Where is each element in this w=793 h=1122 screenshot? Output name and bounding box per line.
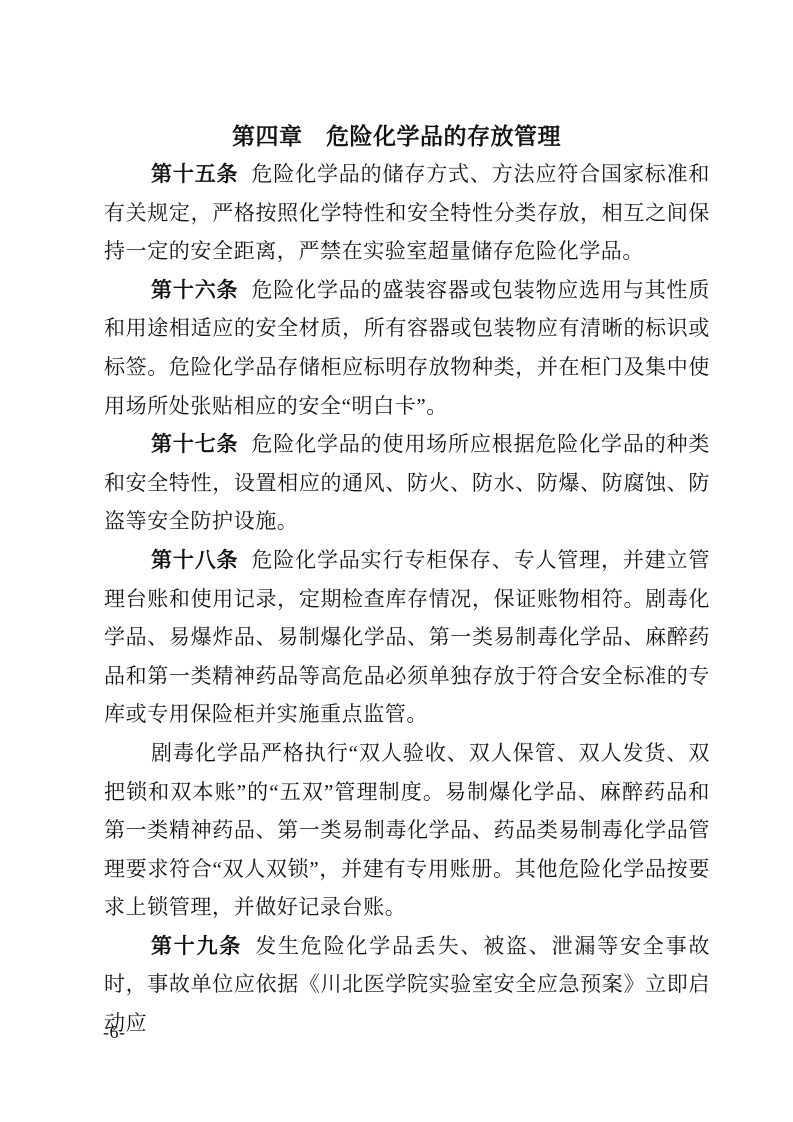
article-paragraph-16: 第十六条危险化学品的盛装容器或包装物应选用与其性质和用途相适应的安全材质，所有容…: [104, 271, 710, 425]
article-label: 第十六条: [151, 278, 238, 302]
article-label: 第十八条: [151, 548, 238, 572]
article-text: 剧毒化学品严格执行“双人验收、双人保管、双人发货、双把锁和双本账”的“五双”管理…: [104, 741, 710, 919]
article-label: 第十七条: [151, 432, 238, 456]
article-label: 第十五条: [151, 162, 238, 186]
page-number: -6-: [103, 1022, 126, 1043]
article-paragraph-15: 第十五条危险化学品的储存方式、方法应符合国家标准和有关规定，严格按照化学特性和安…: [104, 155, 710, 271]
document-body: 第十五条危险化学品的储存方式、方法应符合国家标准和有关规定，严格按照化学特性和安…: [104, 155, 710, 1043]
article-paragraph-17: 第十七条危险化学品的使用场所应根据危险化学品的种类和安全特性，设置相应的通风、防…: [104, 425, 710, 541]
article-text: 危险化学品实行专柜保存、专人管理，并建立管理台账和使用记录，定期检查库存情况，保…: [104, 548, 710, 726]
article-paragraph-19: 第十九条发生危险化学品丢失、被盗、泄漏等安全事故时，事故单位应依据《川北医学院实…: [104, 927, 710, 1043]
article-paragraph-18: 第十八条危险化学品实行专柜保存、专人管理，并建立管理台账和使用记录，定期检查库存…: [104, 541, 710, 734]
article-label: 第十九条: [151, 934, 242, 958]
highly-toxic-management-paragraph: 剧毒化学品严格执行“双人验收、双人保管、双人发货、双把锁和双本账”的“五双”管理…: [104, 734, 710, 927]
chapter-title: 第四章 危险化学品的存放管理: [0, 118, 793, 151]
document-page: 第四章 危险化学品的存放管理 第十五条危险化学品的储存方式、方法应符合国家标准和…: [0, 0, 793, 1122]
